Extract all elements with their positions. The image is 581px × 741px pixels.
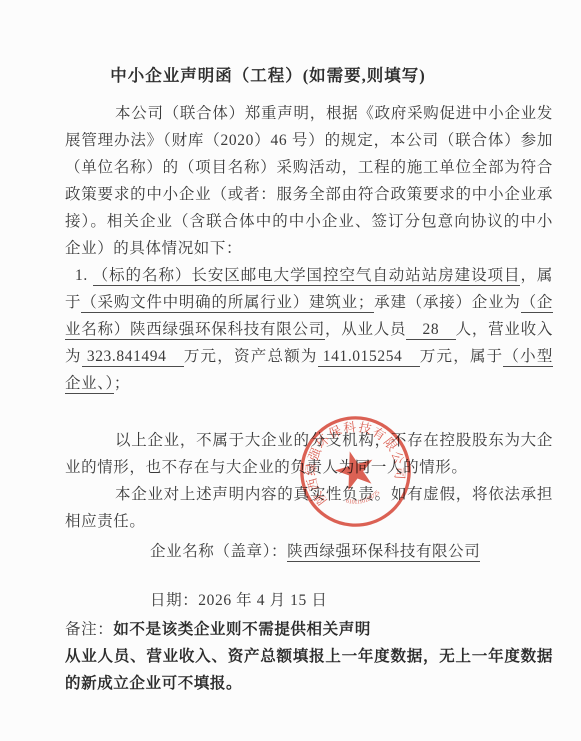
notes-heading: 备注：如不是该类企业则不需提供相关声明	[65, 616, 553, 643]
item-tail: ；	[114, 375, 130, 392]
staff-label: ，从业人员	[325, 321, 406, 338]
subject-name-field: （标的名称）长安区邮电大学国控空气自动站站房建设项目	[93, 267, 521, 286]
signature-company-name: 陕西绿强环保科技有限公司	[287, 543, 480, 562]
assets-label: 万元，资产总额为	[184, 348, 318, 365]
date-line: 日期：2026 年 4 月 15 日	[150, 587, 553, 614]
notes-body: 从业人员、营业收入、资产总额填报上一年度数据，无上一年度数据的新成立企业可不填报…	[65, 643, 553, 697]
notes-label: 备注：	[65, 621, 113, 638]
item-index: 1.	[75, 267, 93, 284]
enterprise-type-label: 万元，属于	[420, 348, 504, 365]
company-seal-label: 企业名称（盖章）：	[150, 543, 287, 560]
contractor-intro-text: 承建（承接）企业为	[374, 294, 521, 311]
item-1-paragraph: 1. （标的名称）长安区邮电大学国控空气自动站站房建设项目，属于（采购文件中明确…	[65, 262, 553, 397]
notes-bold-line: 如不是该类企业则不需提供相关声明	[113, 621, 371, 638]
company-signature-line: 企业名称（盖章）：陕西绿强环保科技有限公司	[150, 538, 553, 565]
responsibility-paragraph: 本企业对上述声明内容的真实性负责。如有虚假，将依法承担相应责任。	[65, 481, 553, 535]
document-title: 中小企业声明函（工程）(如需要,则填写)	[65, 62, 471, 89]
staff-count-field: 28	[406, 321, 455, 340]
industry-field: （采购文件中明确的所属行业）建筑业；	[81, 294, 374, 313]
declaration-document: 中小企业声明函（工程）(如需要,则填写) 本公司（联合体）郑重声明，根据《政府采…	[0, 0, 581, 741]
assets-field: 141.015254	[318, 348, 420, 367]
revenue-field: 323.841494	[82, 348, 184, 367]
no-affiliation-paragraph: 以上企业，不属于大企业的分支机构，不存在控股股东为大企业的情形，也不存在与大企业…	[65, 427, 553, 481]
declaration-paragraph: 本公司（联合体）郑重声明，根据《政府采购促进中小企业发展管理办法》（财库（202…	[65, 100, 553, 262]
